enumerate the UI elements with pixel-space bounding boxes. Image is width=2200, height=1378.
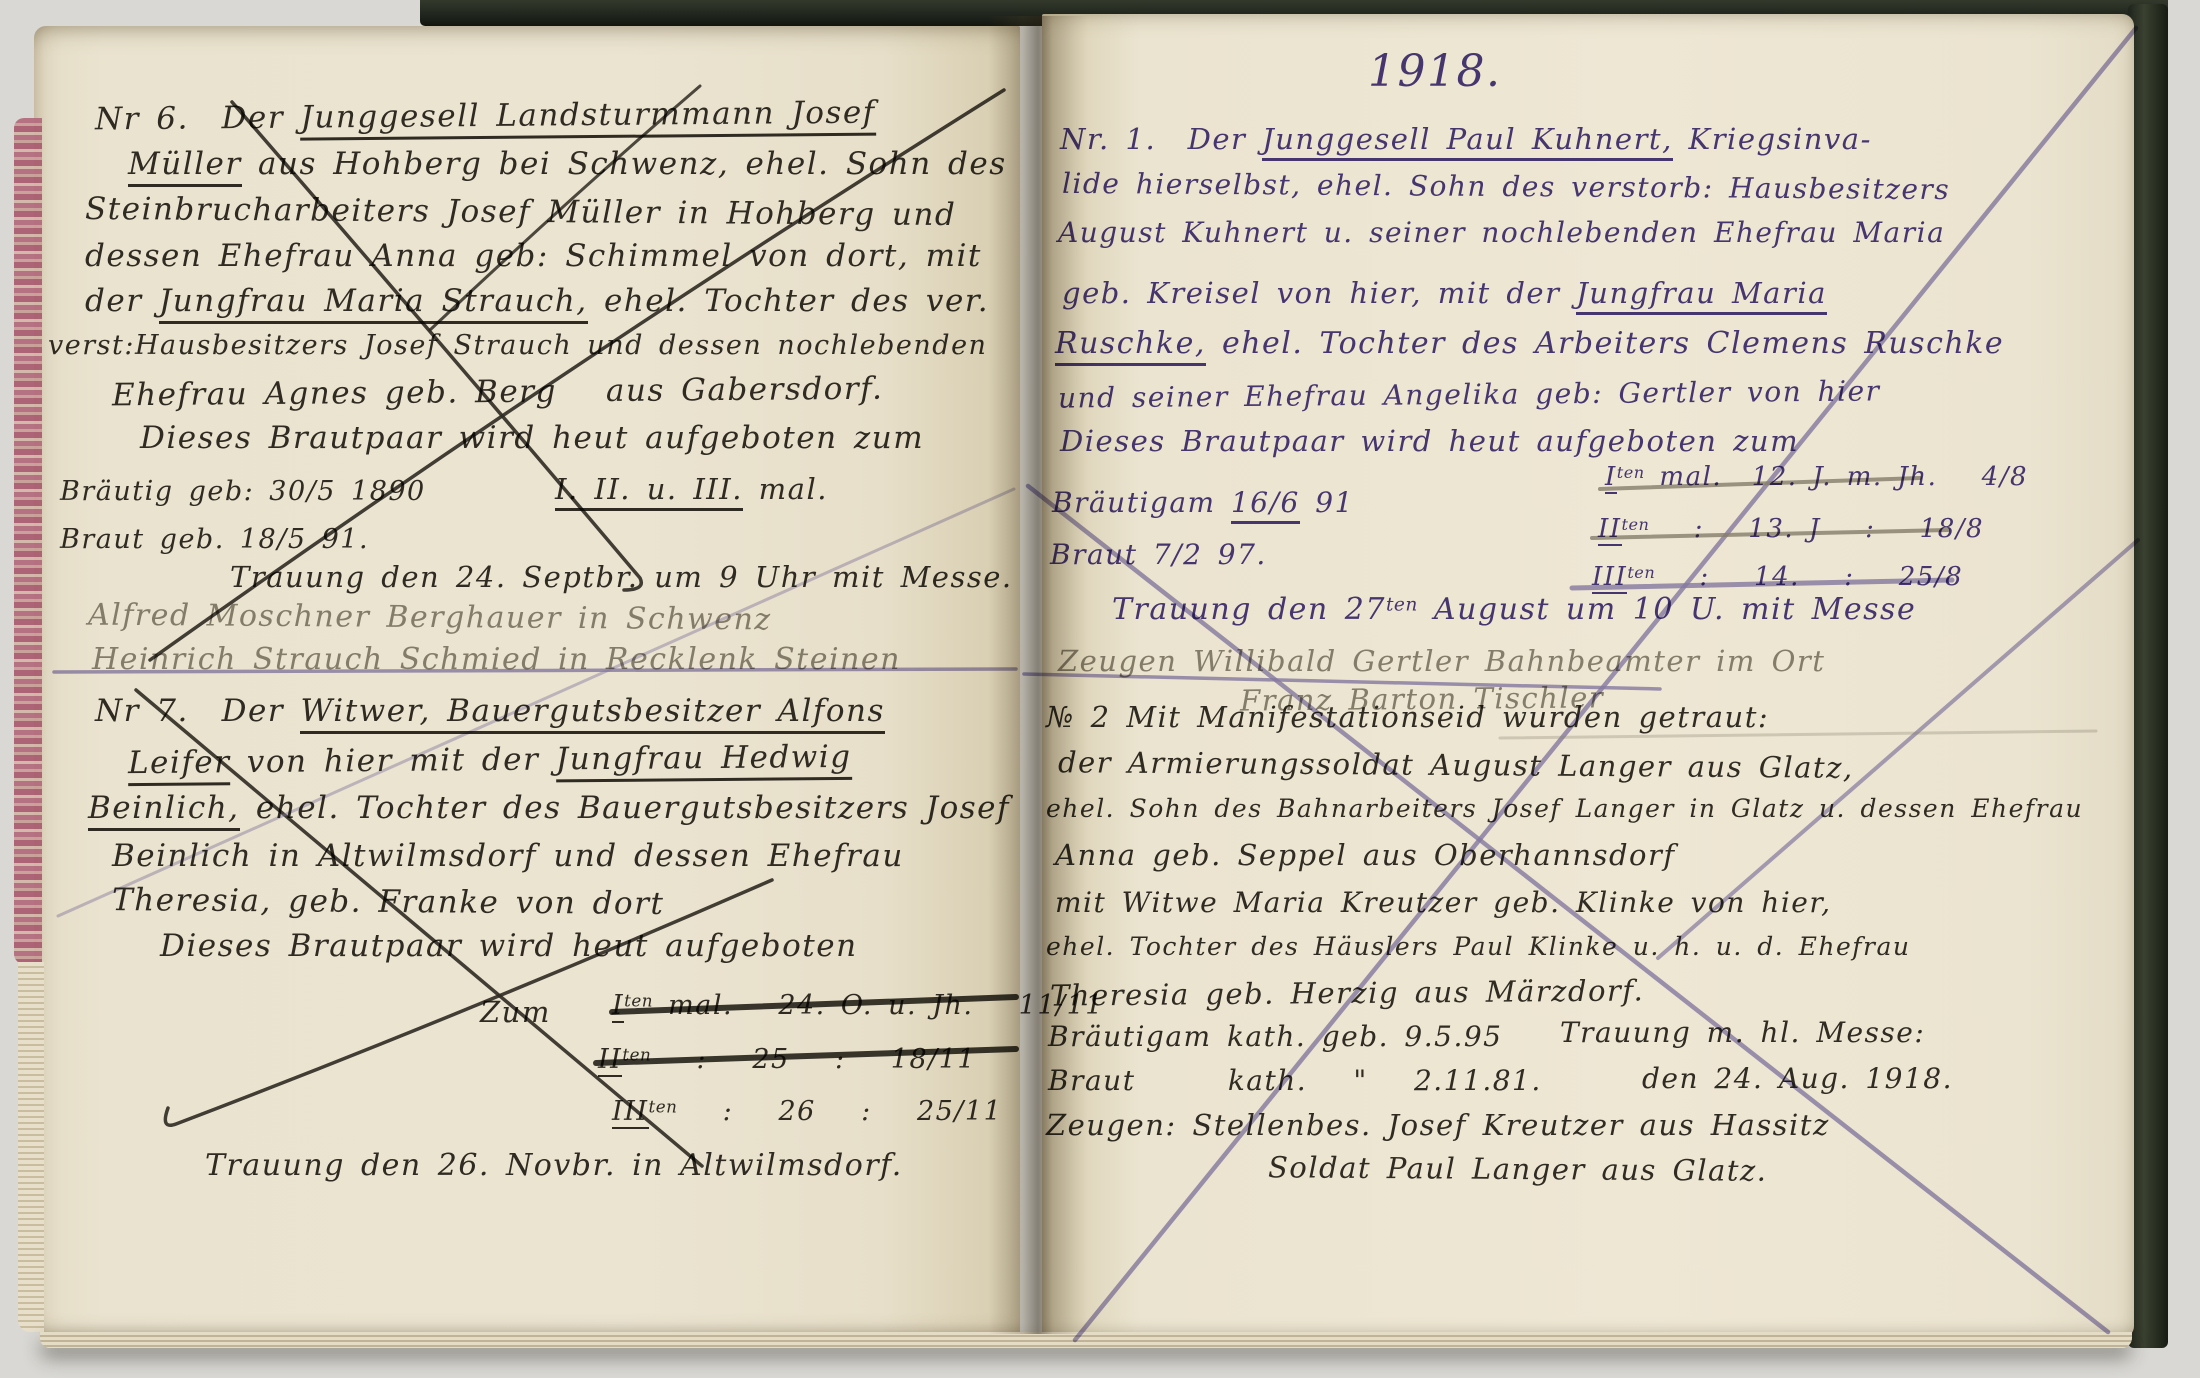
entry1-bride-surname: Ruschke, (1055, 326, 1206, 366)
book-cover-right-edge (2128, 4, 2168, 1348)
entry1-line4: geb. Kreisel von hier, mit der Jungfrau … (1062, 276, 1827, 311)
entry1-bride-name: Jungfrau Maria (1576, 276, 1827, 315)
entry6-groom-name: Junggesell Landsturmmann Josef (300, 95, 876, 141)
entry6-wedding-line: Trauung den 24. Septbr. um 9 Uhr mit Mes… (230, 560, 1013, 595)
entry6-line4: dessen Ehefrau Anna geb: Schimmel von do… (85, 238, 982, 275)
entry6-banns-mal: mal. (743, 472, 828, 506)
banns-ordinal-suffix: ten (1617, 463, 1645, 482)
groom-birthdate-label: Bräutigam (1052, 486, 1231, 519)
entry7-line4: Beinlich in Altwilmsdorf und dessen Ehef… (112, 838, 904, 875)
entry7-bride-surname: Beinlich, (88, 790, 240, 831)
entry7-banns-row3: IIIten : 26 : 25/11 (612, 1096, 1002, 1128)
entry7-banns-row2: IIten : 25 : 18/11 (598, 1044, 976, 1076)
entry1-banns-row3: IIIten : 14. : 25/8 (1592, 562, 1963, 593)
entry6-groom-surname: Müller (128, 146, 242, 187)
entry1-line3: August Kuhnert u. seiner nochlebenden Eh… (1058, 216, 1945, 250)
year-heading: 1918. (1368, 46, 1501, 99)
banns-row3-dates: : 14. : 25/8 (1655, 562, 1963, 592)
entry2-witnesses-line1: Zeugen: Stellenbes. Josef Kreutzer aus H… (1046, 1108, 1830, 1143)
entry6-bride-birthdate: Braut geb. 18/5 91. (60, 524, 369, 556)
page-edges-bottom-left (18, 962, 44, 1332)
banns-ordinal-suffix: ten (1627, 563, 1655, 582)
entry7-groom-name: Witwer, Bauergutsbesitzer Alfons (300, 693, 884, 734)
entry2-line5: mit Witwe Maria Kreutzer geb. Klinke von… (1055, 886, 1832, 920)
entry6-line1: Nr 6. Der Junggesell Landsturmmann Josef (95, 95, 876, 139)
entry7-zum-label: Zum (480, 995, 551, 1030)
entry7-number: Nr 7. Der (95, 693, 300, 729)
entry2-witnesses-line2: Soldat Paul Langer aus Glatz. (1268, 1150, 1768, 1188)
entry1-banns-intro: Dieses Brautpaar wird heut aufgeboten zu… (1060, 424, 1799, 459)
banns-ordinal-2: II (598, 1044, 622, 1077)
banns-ordinal-suffix: ten (649, 1096, 678, 1116)
entry7-bride-name: Jungfrau Hedwig (556, 739, 852, 783)
wedding-date-pre: Trauung den 27 (1112, 592, 1386, 627)
entry1-number: Nr. 1. Der (1060, 122, 1262, 156)
banns-ordinal-2: II (1598, 514, 1622, 546)
groom-birthdate-year: 91 (1300, 486, 1354, 519)
entry6-line7: Ehefrau Agnes geb. Berg aus Gabersdorf. (112, 371, 884, 415)
entry6-line3: Steinbrucharbeiters Josef Müller in Hohb… (85, 191, 957, 234)
entry6-line5-text: ehel. Tochter des ver. (588, 283, 989, 319)
entry1-wedding-line: Trauung den 27ten August um 10 U. mit Me… (1112, 592, 1916, 628)
entry6-number: Nr 6. Der (95, 100, 301, 138)
entry6-line2: Müller aus Hohberg bei Schwenz, ehel. So… (128, 146, 1007, 183)
entry1-line4-pre: geb. Kreisel von hier, mit der (1062, 276, 1576, 310)
entry6-line2-text: aus Hohberg bei Schwenz, ehel. Sohn des (242, 146, 1007, 182)
entry6-banns-count: I. II. u. III. mal. (555, 472, 828, 507)
groom-birthdate-day: 16/6 (1231, 486, 1300, 524)
entry2-line1: № 2 Mit Manifestationseid wurden getraut… (1046, 700, 1769, 735)
banns-ordinal-3: III (612, 1096, 649, 1129)
banns-row2-dates: : 13. J : 18/8 (1649, 514, 1984, 544)
entry7-line5: Theresia, geb. Franke von dort (112, 882, 665, 923)
entry2-wedding-label: Trauung m. hl. Messe: (1560, 1016, 1925, 1050)
banns-row1-dates: mal. 12. J. m. Jh. 4/8 (1645, 462, 2028, 492)
entry6-bride-name: Jungfrau Maria Strauch, (159, 283, 588, 324)
entry2-bride-birthdate: Braut kath. " 2.11.81. (1048, 1064, 1542, 1098)
entry1-groom-name: Junggesell Paul Kuhnert, (1262, 122, 1673, 161)
entry6-banns-intro: Dieses Brautpaar wird heut aufgeboten zu… (140, 420, 924, 457)
entry2-groom-birthdate: Bräutigam kath. geb. 9.5.95 (1048, 1020, 1503, 1054)
banns-row2-dates: : 25 : 18/11 (651, 1044, 976, 1075)
banns-row1-dates: mal. 24. O. u. Jh. 11/11 (653, 990, 1104, 1021)
banns-ordinal-suffix: ten (1622, 515, 1650, 534)
entry1-bride-birthdate: Braut 7/2 97. (1050, 538, 1267, 572)
entry6-groom-birthdate: Bräutig geb: 30/5 1890 (60, 476, 426, 508)
entry1-line1-end: Kriegsinva- (1673, 122, 1872, 156)
banns-row3-dates: : 26 : 25/11 (677, 1096, 1002, 1127)
entry1-groom-birthdate: Bräutigam 16/6 91 (1052, 486, 1354, 520)
entry7-line1: Nr 7. Der Witwer, Bauergutsbesitzer Alfo… (95, 693, 885, 730)
entry1-line5: Ruschke, ehel. Tochter des Arbeiters Cle… (1055, 326, 2004, 362)
banns-ordinal-suffix: ten (622, 1044, 651, 1064)
entry6-line5: der Jungfrau Maria Strauch, ehel. Tochte… (85, 283, 989, 320)
entry1-line5-text: ehel. Tochter des Arbeiters Clemens Rusc… (1206, 326, 2004, 361)
entry6-line5-pre: der (85, 283, 159, 319)
entry7-line2: Leifer von hier mit der Jungfrau Hedwig (128, 739, 852, 783)
entry1-banns-row2: IIten : 13. J : 18/8 (1598, 514, 1984, 545)
entry6-pencil-witness1: Alfred Moschner Berghauer in Schwenz (88, 598, 772, 639)
page-edges-bottom (40, 1332, 2132, 1348)
entry1-pencil-witness1: Zeugen Willibald Gertler Bahnbeamter im … (1058, 644, 1825, 679)
entry1-banns-row1: Iten mal. 12. J. m. Jh. 4/8 (1605, 462, 2028, 493)
wedding-date-suffix: ten (1386, 595, 1418, 616)
entry1-line1: Nr. 1. Der Junggesell Paul Kuhnert, Krie… (1060, 122, 1872, 157)
entry1-line2: lide hierselbst, ehel. Sohn des verstorb… (1062, 167, 1950, 207)
banns-ordinal-1: I (612, 990, 624, 1023)
entry2-line3: ehel. Sohn des Bahnarbeiters Josef Lange… (1046, 794, 2083, 824)
entry2-line4: Anna geb. Seppel aus Oberhannsdorf (1055, 838, 1676, 873)
entry1-line6: und seiner Ehefrau Angelika geb: Gertler… (1058, 374, 1881, 415)
entry6-pencil-witness2: Heinrich Strauch Schmied in Recklenk Ste… (92, 642, 901, 678)
entry7-groom-surname: Leifer (128, 744, 231, 786)
entry2-wedding-date: den 24. Aug. 1918. (1642, 1062, 1953, 1096)
page-edges-red-foreedge (14, 118, 42, 964)
entry7-line3: Beinlich, ehel. Tochter des Bauergutsbes… (88, 790, 1010, 827)
scanned-register-spread: Nr 6. Der Junggesell Landsturmmann Josef… (0, 0, 2200, 1378)
entry7-wedding-line: Trauung den 26. Novbr. in Altwilmsdorf. (205, 1148, 903, 1184)
entry2-line6: ehel. Tochter des Häuslers Paul Klinke u… (1046, 932, 1910, 962)
entry2-line7: Theresia geb. Herzig aus Märzdorf. (1050, 973, 1645, 1013)
banns-ordinal-3: III (1592, 562, 1627, 594)
wedding-date-rest: August um 10 U. mit Messe (1418, 592, 1916, 627)
banns-ordinal-1: I (1605, 462, 1617, 494)
entry6-banns-numerals: I. II. u. III. (555, 472, 743, 511)
entry7-banns-row1: Iten mal. 24. O. u. Jh. 11/11 (612, 990, 1104, 1022)
entry7-banns-intro: Dieses Brautpaar wird heut aufgeboten (160, 928, 858, 965)
entry2-line2: der Armierungssoldat August Langer aus G… (1058, 745, 1854, 785)
entry7-line2-mid: von hier mit der (230, 741, 556, 780)
banns-ordinal-suffix: ten (624, 990, 653, 1010)
entry7-line3-text: ehel. Tochter des Bauergutsbesitzers Jos… (240, 790, 1010, 826)
entry6-line6: verst:Hausbesitzers Josef Strauch und de… (48, 330, 987, 362)
